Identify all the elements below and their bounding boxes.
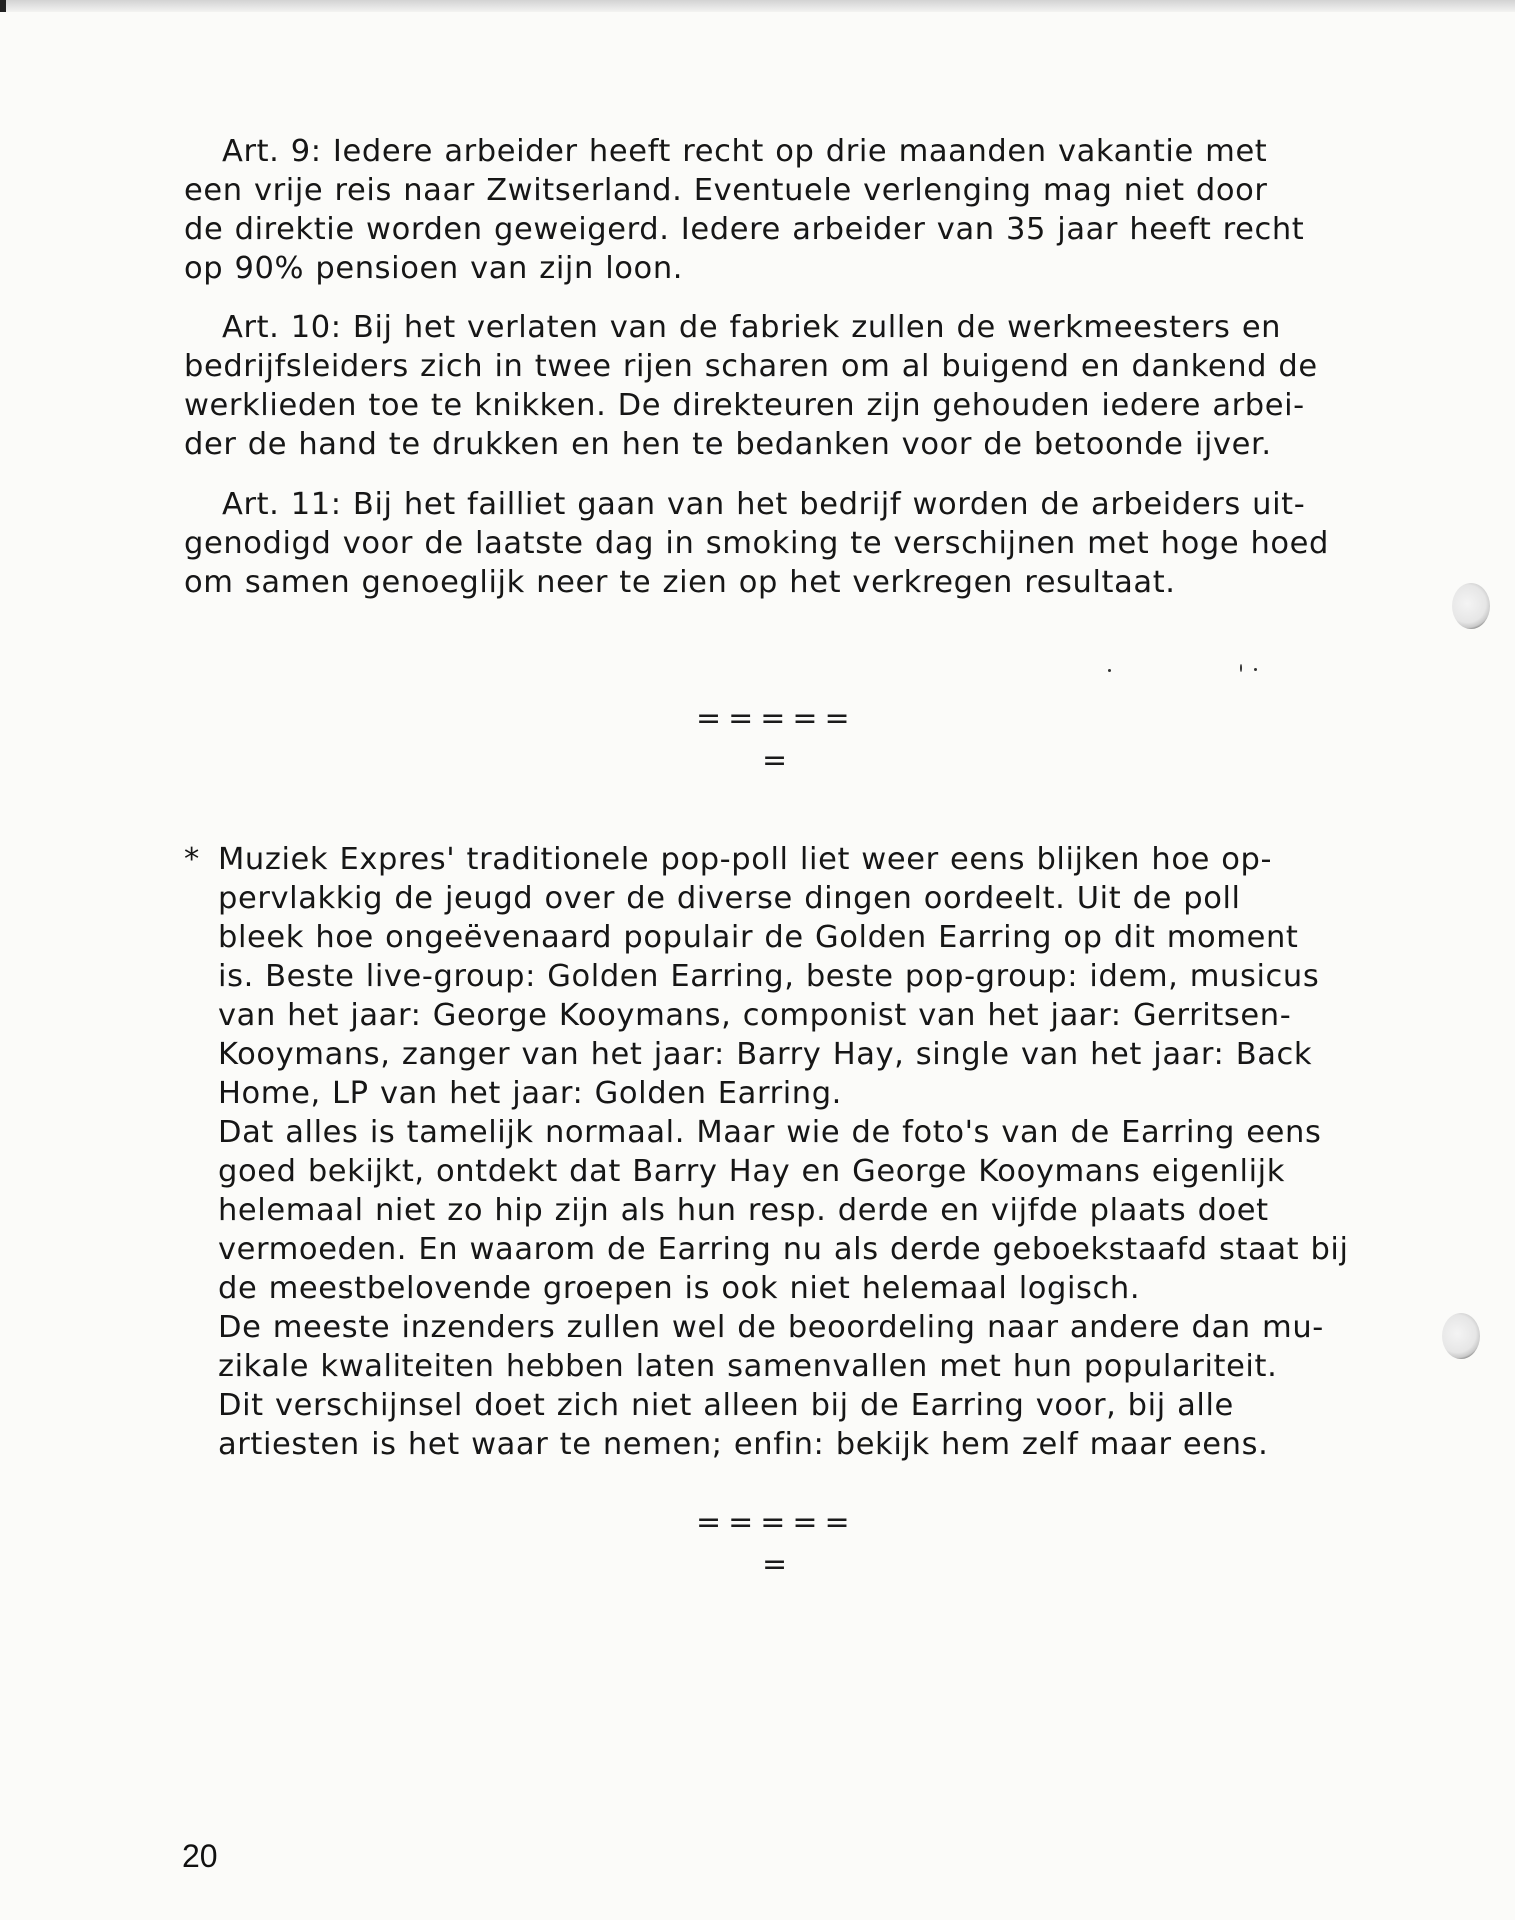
- article-10-line-4: der de hand te drukken en hen te bedanke…: [184, 430, 1272, 461]
- article-9-line-1: Art. 9: Iedere arbeider heeft recht op d…: [222, 137, 1267, 168]
- article-11-line-1: Art. 11: Bij het failliet gaan van het b…: [222, 490, 1305, 521]
- muziek-line-14: zikale kwaliteiten hebben laten samenval…: [218, 1352, 1277, 1383]
- muziek-line-16: artiesten is het waar te nemen; enfin: b…: [218, 1430, 1268, 1461]
- muziek-line-1: Muziek Expres' traditionele pop-poll lie…: [218, 845, 1272, 876]
- article-10-line-2: bedrijfsleiders zich in twee rijen schar…: [184, 352, 1318, 383]
- article-9-line-4: op 90% pensioen van zijn loon.: [184, 254, 683, 285]
- muziek-line-10: helemaal niet zo hip zijn als hun resp. …: [218, 1196, 1269, 1227]
- muziek-line-4: is. Beste live-group: Golden Earring, be…: [218, 962, 1319, 993]
- muziek-line-7: Home, LP van het jaar: Golden Earring.: [218, 1079, 842, 1110]
- scan-speck: [1240, 664, 1242, 672]
- muziek-line-15: Dit verschijnsel doet zich niet alleen b…: [218, 1391, 1234, 1422]
- muziek-line-8: Dat alles is tamelijk normaal. Maar wie …: [218, 1118, 1321, 1149]
- separator-2-top-row: =====: [696, 1508, 857, 1538]
- separator-1-top-row: =====: [696, 704, 857, 734]
- muziek-line-13: De meeste inzenders zullen wel de beoord…: [218, 1313, 1324, 1344]
- article-9-line-3: de direktie worden geweigerd. Iedere arb…: [184, 215, 1304, 246]
- muziek-line-3: bleek hoe ongeëvenaard populair de Golde…: [218, 923, 1298, 954]
- scan-speck: [1254, 668, 1257, 671]
- muziek-line-9: goed bekijkt, ontdekt dat Barry Hay en G…: [218, 1157, 1285, 1188]
- article-11-line-2: genodigd voor de laatste dag in smoking …: [184, 529, 1329, 560]
- muziek-line-2: pervlakkig de jeugd over de diverse ding…: [218, 884, 1241, 915]
- bullet-asterisk: *: [184, 845, 200, 876]
- scan-speck: [1108, 669, 1111, 672]
- separator-2-bottom-row: =: [762, 1550, 794, 1580]
- muziek-line-11: vermoeden. En waarom de Earring nu als d…: [218, 1235, 1349, 1266]
- page-number: 20: [182, 1838, 218, 1875]
- separator-1-bottom-row: =: [762, 746, 794, 776]
- punch-hole-icon: [1442, 1313, 1480, 1359]
- punch-hole-icon: [1452, 583, 1490, 629]
- article-11-line-3: om samen genoeglijk neer te zien op het …: [184, 568, 1176, 599]
- muziek-line-5: van het jaar: George Kooymans, componist…: [218, 1001, 1291, 1032]
- article-9-line-2: een vrije reis naar Zwitserland. Eventue…: [184, 176, 1268, 207]
- article-10-line-3: werklieden toe te knikken. De direkteure…: [184, 391, 1305, 422]
- muziek-line-12: de meestbelovende groepen is ook niet he…: [218, 1274, 1140, 1305]
- muziek-line-6: Kooymans, zanger van het jaar: Barry Hay…: [218, 1040, 1312, 1071]
- document-page: Art. 9: Iedere arbeider heeft recht op d…: [0, 0, 1515, 1920]
- article-10-line-1: Art. 10: Bij het verlaten van de fabriek…: [222, 313, 1281, 344]
